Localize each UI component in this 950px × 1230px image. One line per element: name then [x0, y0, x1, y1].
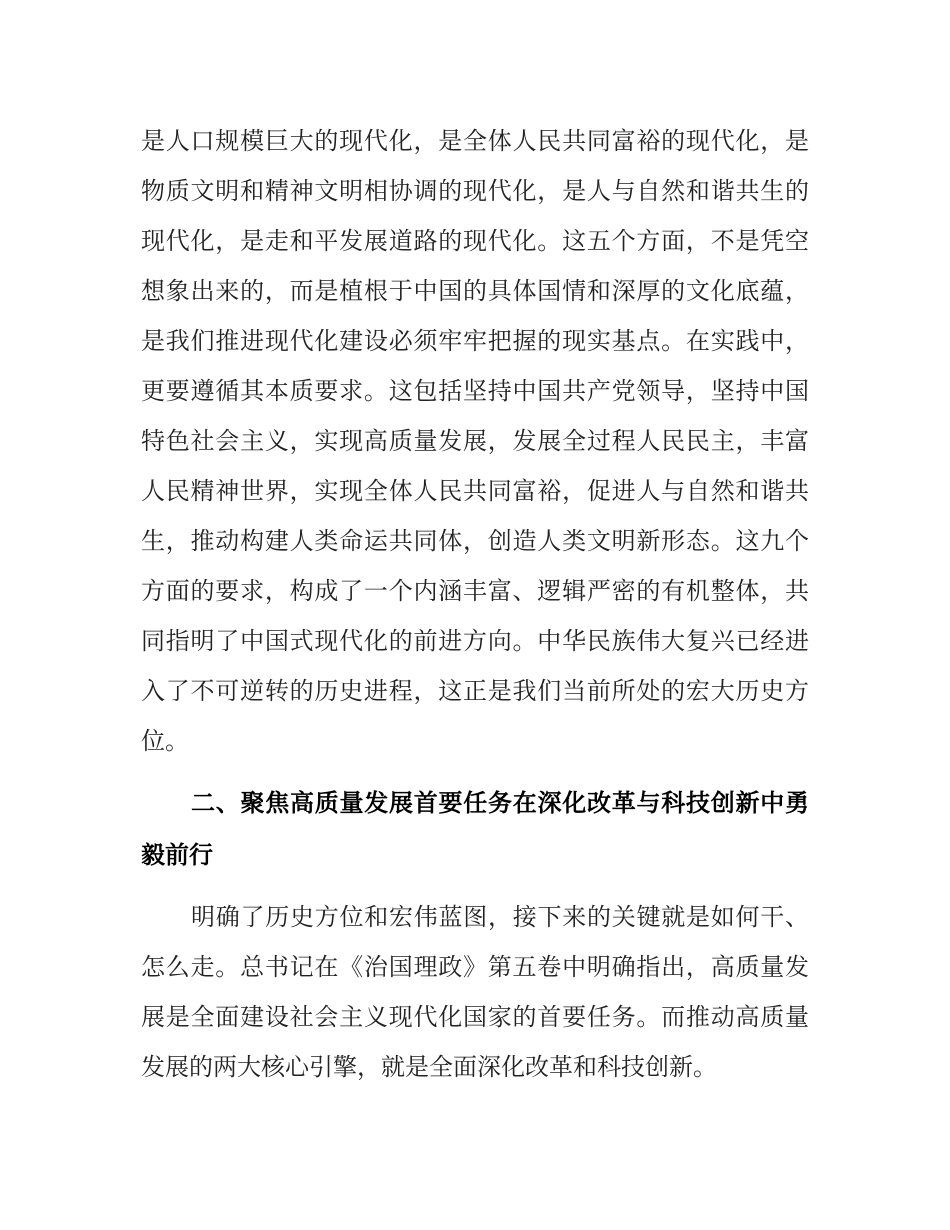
text-line: 怎么走。总书记在《治国理政》第五卷中明确指出，高质量发 — [141, 943, 809, 993]
text-line: 位。 — [141, 717, 809, 767]
text-line: 人民精神世界，实现全体人民共同富裕，促进人与自然和谐共 — [141, 467, 809, 517]
text-line: 物质文明和精神文明相协调的现代化，是人与自然和谐共生的 — [141, 167, 809, 217]
text-line: 现代化，是走和平发展道路的现代化。这五个方面，不是凭空 — [141, 217, 809, 267]
heading-line: 二、聚焦高质量发展首要任务在深化改革与科技创新中勇 — [141, 778, 809, 830]
body-paragraph-2: 明确了历史方位和宏伟蓝图，接下来的关键就是如何干、 怎么走。总书记在《治国理政》… — [141, 893, 809, 1093]
document-content: 是人口规模巨大的现代化，是全体人民共同富裕的现代化，是 物质文明和精神文明相协调… — [141, 117, 809, 1093]
document-page: 是人口规模巨大的现代化，是全体人民共同富裕的现代化，是 物质文明和精神文明相协调… — [0, 0, 950, 1230]
text-line: 是人口规模巨大的现代化，是全体人民共同富裕的现代化，是 — [141, 117, 809, 167]
text-line: 生，推动构建人类命运共同体，创造人类文明新形态。这九个 — [141, 517, 809, 567]
section-heading: 二、聚焦高质量发展首要任务在深化改革与科技创新中勇 毅前行 — [141, 778, 809, 882]
text-line: 入了不可逆转的历史进程，这正是我们当前所处的宏大历史方 — [141, 667, 809, 717]
text-line: 特色社会主义，实现高质量发展，发展全过程人民民主，丰富 — [141, 417, 809, 467]
text-line: 是我们推进现代化建设必须牢牢把握的现实基点。在实践中， — [141, 317, 809, 367]
heading-line: 毅前行 — [141, 830, 809, 882]
text-line: 发展的两大核心引擎，就是全面深化改革和科技创新。 — [141, 1043, 809, 1093]
text-line: 同指明了中国式现代化的前进方向。中华民族伟大复兴已经进 — [141, 617, 809, 667]
text-line: 想象出来的，而是植根于中国的具体国情和深厚的文化底蕴， — [141, 267, 809, 317]
text-line: 明确了历史方位和宏伟蓝图，接下来的关键就是如何干、 — [141, 893, 809, 943]
text-line: 方面的要求，构成了一个内涵丰富、逻辑严密的有机整体，共 — [141, 567, 809, 617]
text-line: 展是全面建设社会主义现代化国家的首要任务。而推动高质量 — [141, 993, 809, 1043]
body-paragraph-1: 是人口规模巨大的现代化，是全体人民共同富裕的现代化，是 物质文明和精神文明相协调… — [141, 117, 809, 767]
text-line: 更要遵循其本质要求。这包括坚持中国共产党领导，坚持中国 — [141, 367, 809, 417]
